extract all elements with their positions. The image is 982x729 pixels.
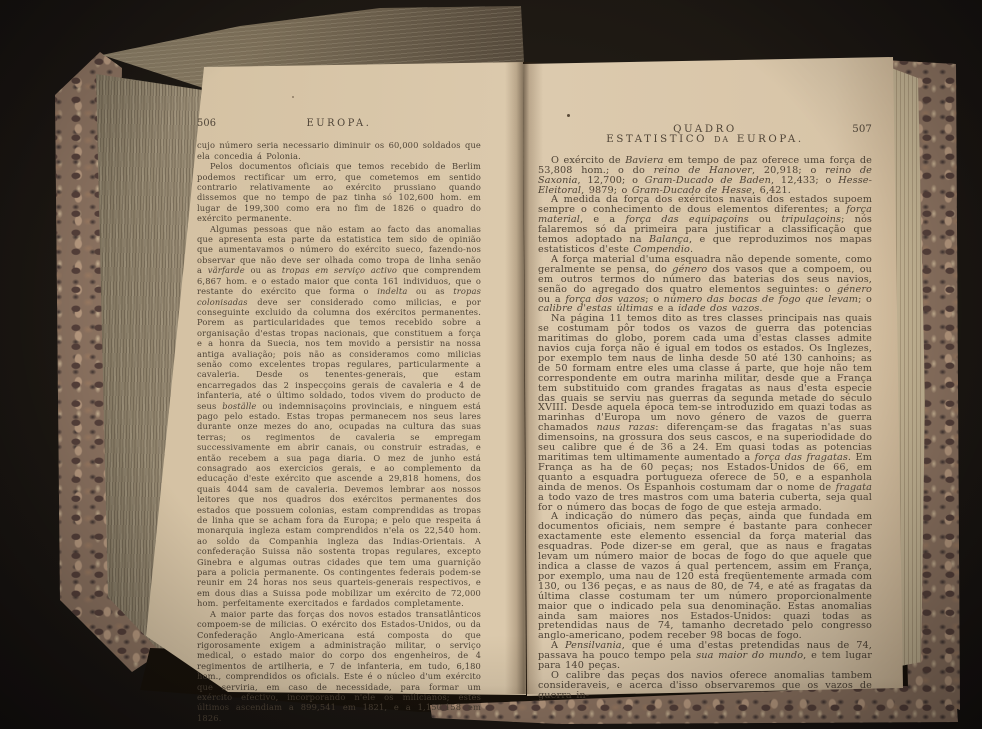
left-running-title: EUROPA. xyxy=(241,119,437,129)
left-page-header: 506 EUROPA. xyxy=(197,119,481,129)
text-paragraph: A Pensilvania, que é uma d'estas pretend… xyxy=(538,641,872,671)
right-running-title: QUADRO ESTATISTICO DA EUROPA. xyxy=(582,125,828,145)
right-page-text: QUADRO ESTATISTICO DA EUROPA. 507 O exér… xyxy=(538,125,872,701)
text-paragraph: A força material d'uma esquadra não depe… xyxy=(538,255,872,314)
text-paragraph: A maior parte das forças dos novos estad… xyxy=(197,609,481,723)
book-photo-scene: 506 EUROPA. cujo número seria necessario… xyxy=(0,0,982,729)
right-page-number: 507 xyxy=(828,125,872,135)
text-paragraph: O calibre das peças dos navios oferece a… xyxy=(538,671,872,701)
right-title-da: DA xyxy=(714,135,730,144)
text-paragraph: cujo número seria necessario diminuir os… xyxy=(197,140,481,161)
left-page-body: cujo número seria necessario diminuir os… xyxy=(197,140,481,723)
right-page-header: QUADRO ESTATISTICO DA EUROPA. 507 xyxy=(538,125,872,145)
text-paragraph: O exército de Baviera em tempo de paz of… xyxy=(538,156,872,196)
paper-speck xyxy=(292,96,294,98)
paper-speck xyxy=(567,114,570,117)
right-page-body: O exército de Baviera em tempo de paz of… xyxy=(538,156,872,701)
text-paragraph: A indicação do número das peças, ainda q… xyxy=(538,512,872,641)
text-paragraph: Na página 11 temos dito as tres classes … xyxy=(538,314,872,512)
left-page-text: 506 EUROPA. cujo número seria necessario… xyxy=(197,119,481,723)
right-title-end: EUROPA. xyxy=(737,134,804,145)
text-paragraph: A medida da força dos exércitos navais d… xyxy=(538,195,872,254)
text-paragraph: Pelos documentos oficiais que temos rece… xyxy=(197,161,481,223)
text-paragraph: Algumas pessoas que não estam ao facto d… xyxy=(197,224,481,609)
left-page-number: 506 xyxy=(197,119,241,129)
